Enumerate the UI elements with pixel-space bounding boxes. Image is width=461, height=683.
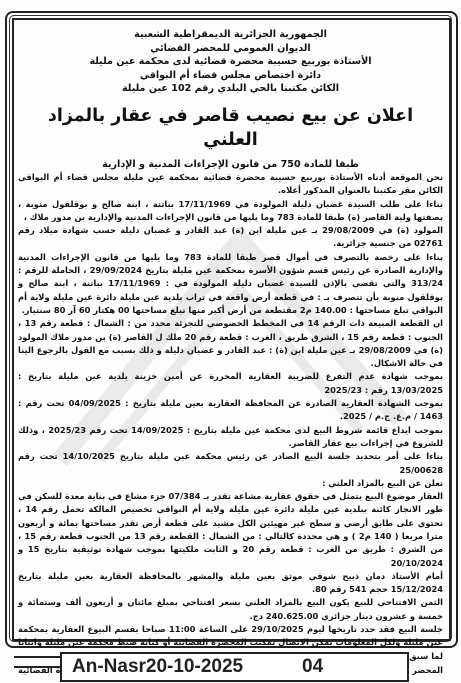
paragraph-land-certificate: بموجب الشهادة العقارية الصادرة عن المحاف… bbox=[18, 397, 443, 424]
paragraph-authorization: بناءا على رخصة بالتصرف في أموال قصر طبقا… bbox=[18, 251, 443, 317]
paragraph-conditions-deposit: بموجب ايداع قائمة شروط البيع لدى محكمة ع… bbox=[18, 424, 443, 451]
notice-title: اعلان عن بيع نصيب قاصر في عقار بالمزاد ا… bbox=[18, 104, 443, 152]
notice-body: نحن الموقعة أدناه الأستاذة بوربيع حسيبة … bbox=[18, 171, 443, 677]
paragraph-opening-price: الثمن الافتتاحي للبيع يكون البيع بالمزاد… bbox=[18, 596, 443, 623]
header-line-office: الديوان العمومي للمحضر القضائي bbox=[18, 42, 443, 56]
header-line-republic: الجمهورية الجزائرية الديمقراطية الشعبية bbox=[18, 28, 443, 42]
paragraph-hearing-order: بناءا على أمر بتحديد جلسة البيع الصادر ع… bbox=[18, 450, 443, 477]
header-line-bailiff: الأستاذة بوربيع حسيبة محضرة قضائية لدى م… bbox=[18, 55, 443, 69]
paragraph-boundaries: ان القطعة المبيعة ذات الرقم 14 في المخطط… bbox=[18, 317, 443, 370]
notice-content: الجمهورية الجزائرية الديمقراطية الشعبية … bbox=[18, 28, 443, 677]
newspaper-page: الجمهورية الجزائرية الديمقراطية الشعبية … bbox=[0, 0, 461, 683]
footer-rule bbox=[14, 656, 60, 668]
page-number: 04 bbox=[302, 656, 323, 678]
paragraph-property: العقار موضوع البيع يتمثل في حقوق عقارية … bbox=[18, 490, 443, 570]
notice-subtitle: طبقا للمادة 750 من قانون الإجراءات المدن… bbox=[18, 158, 443, 171]
paragraph-applicant: بناءا على طلب السيدة غضبان دليلة المولود… bbox=[18, 198, 443, 225]
footer-bar: An-Nasr20-10-2025 04 bbox=[60, 652, 409, 682]
publication-date: An-Nasr20-10-2025 bbox=[72, 656, 302, 678]
paragraph-tax-certificate: بموجب شهادة عدم التفرع للضريبة العقارية … bbox=[18, 370, 443, 397]
header-line-jurisdiction: دائرة اختصاص مجلس قضاء أم البواقي bbox=[18, 69, 443, 83]
paragraph-announcement: تعلن عن البيع بالمزاد العلني : bbox=[18, 477, 443, 490]
header-line-address: الكائن مكتبنا بالحي البلدي رقم 102 عين م… bbox=[18, 82, 443, 96]
paragraph-minor: المولود (ة) في 29/08/2009 بـ عين مليلة ا… bbox=[18, 224, 443, 251]
letterhead: الجمهورية الجزائرية الديمقراطية الشعبية … bbox=[18, 28, 443, 96]
paragraph-notary: أمام الأستاذ دمان ذبيح شوقي موثق بعين مل… bbox=[18, 570, 443, 597]
paragraph-intro: نحن الموقعة أدناه الأستاذة بوربيع حسيبة … bbox=[18, 171, 443, 198]
